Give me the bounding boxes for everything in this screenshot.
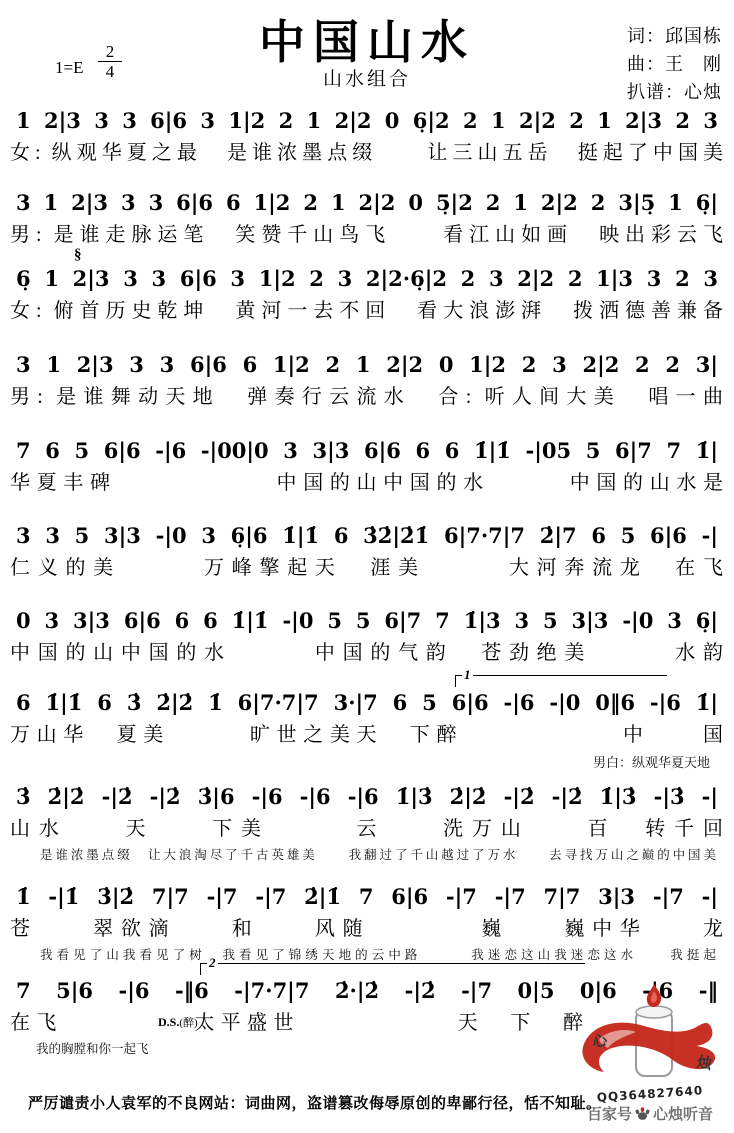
sheet-music-page: 中国山水 山水组合 词：邱国栋 曲：王 刚 扒谱：心烛 1=E 2 4 1 2|… (0, 0, 734, 1133)
music-system-1: 1 2|3 3 3 6|6 3 1|2 2 1 2|2 0 6̣|2 2 1 2… (0, 104, 734, 169)
disclaimer-text: 严厉谴责小人袁军的不良网站：词曲网，盗谱篡改侮辱原创的卑鄙行径，恬不知耻。 (28, 1092, 602, 1113)
volta-2-bracket: 2 (200, 963, 585, 975)
spoken-text-line: 是谁浓墨点缀 让大浪淘尽了千古英雄美 我翻过了千山越过了万水 去寻找万山之巅的中… (0, 845, 734, 865)
lyrics-line: 中国的山中国的水 中国的气韵 苍劲绝美 水韵 (0, 638, 734, 669)
music-system-8: 1 6 1̇|1̇ 6 3̇ 2̇|2̇ 1̇ 6|7·7|7 3·|7 6 5… (0, 686, 734, 751)
ds-text: D.S. (158, 1015, 179, 1029)
lyrics-line: 万山华 夏美 旷世之美天 下醉 中 国 (0, 720, 734, 751)
time-signature-numerator: 2 (98, 42, 122, 62)
volta-1-label: 1 (462, 667, 473, 683)
credit-lyricist: 词：邱国栋 (627, 22, 722, 50)
spoken-cue-label: 男白：纵观华夏天地 (593, 752, 710, 771)
notation-line: 3 1 2|3 3 3 6|6 6 1|2 2 1 2|2 0 5̣|2 2 1… (0, 186, 734, 220)
candle-logo: 心 烛 (570, 982, 730, 1087)
notation-line: 3̇ 2̇|2̇ -|2̇ -|2̇ 3̇|6 -|6 -|6 -|6 1̇|3… (0, 780, 734, 814)
lyrics-line: 女: 纵观华夏之最 是谁浓墨点缀 让三山五岳 挺起了中国美 (0, 138, 734, 169)
notation-line: 7 6 5 6|6 -|6 -|00|0 3 3|3 6|6 6 6 1̇|1̇… (0, 434, 734, 468)
lyrics-line: 男: 是谁舞动天地 弹奏行云流水 合: 听人间大美 唱一曲 (0, 382, 734, 413)
lyrics-line: 华夏丰碑 中国的山中国的水 中国的山水是 (0, 468, 734, 499)
lyrics-line: 仁义的美 万峰擎起天 涯美 大河奔流龙 在飞 (0, 553, 734, 584)
key-signature: 1=E (55, 58, 83, 78)
lyrics-line: 苍 翠欲滴 和 风随 巍 巍中华 龙 (0, 914, 734, 945)
notation-line: 0 3 3|3 6|6 6 6 1̇|1̇ -|0 5 5 6|7 7 1̇|3… (0, 604, 734, 638)
notation-line: 1 2|3 3 3 6|6 3 1|2 2 1 2|2 0 6̣|2 2 1 2… (0, 104, 734, 138)
music-system-6: 3 3 5 3|3 -|0 3 6̣|6 1̇|1̇ 6 3̇2̇|2̇1̇ 6… (0, 519, 734, 584)
time-signature: 2 4 (98, 42, 122, 81)
lyrics-line: 山水 天 下美 云 洗万山 百 转千回 (0, 814, 734, 845)
notation-line: 6 1̇|1̇ 6 3̇ 2̇|2̇ 1̇ 6|7·7|7 3·|7 6 5 6… (0, 686, 734, 720)
volta-1-bracket: 1 (455, 675, 667, 687)
channel-name: 心烛听音 (653, 1103, 713, 1124)
notation-line: 1̇ -|1̇ 3̇|2̇ 7|7 -|7 -|7 2̇|1̇ 7 6|6 -|… (0, 880, 734, 914)
credit-transcriber: 扒谱：心烛 (627, 78, 722, 106)
notation-line: 3 3 5 3|3 -|0 3 6̣|6 1̇|1̇ 6 3̇2̇|2̇1̇ 6… (0, 519, 734, 553)
music-system-4: 3 1 2|3 3 3 6|6 6 1|2 2 1 2|2 0 1|2 2 3 … (0, 348, 734, 413)
time-signature-denominator: 4 (98, 62, 122, 81)
music-system-9: 3̇ 2̇|2̇ -|2̇ -|2̇ 3̇|6 -|6 -|6 -|6 1̇|3… (0, 780, 734, 865)
volta-2-label: 2 (207, 955, 218, 971)
dal-segno-marking: D.S.(醉) (158, 1014, 198, 1030)
paw-icon (634, 1105, 651, 1122)
credits-block: 词：邱国栋 曲：王 刚 扒谱：心烛 (627, 22, 722, 106)
music-system-5: 7 6 5 6|6 -|6 -|00|0 3 3|3 6|6 6 6 1̇|1̇… (0, 434, 734, 499)
notation-line: 6̣ 1 2|3 3 3 6|6 3 1|2 2 3 2|2·6̣|2 2 3 … (0, 262, 734, 296)
music-system-10: 1̇ -|1̇ 3̇|2̇ 7|7 -|7 -|7 2̇|1̇ 7 6|6 -|… (0, 880, 734, 965)
credit-composer: 曲：王 刚 (627, 50, 722, 78)
spoken-text-line: 我看见了山我看见了树 我看见了锦绣天地的云中路 我迷恋这山我迷恋这水 我挺起 (0, 945, 734, 965)
notation-line: 3 1 2|3 3 3 6|6 6 1|2 2 1 2|2 0 1|2 2 3 … (0, 348, 734, 382)
segno-icon: § (74, 247, 82, 264)
music-system-2: 3 1 2|3 3 3 6|6 6 1|2 2 1 2|2 0 5̣|2 2 1… (0, 186, 734, 251)
music-system-3: § 6̣ 1 2|3 3 3 6|6 3 1|2 2 3 2|2·6̣|2 2 … (0, 262, 734, 327)
lyrics-line: 男: 是谁走脉运笔 笑赞千山鸟飞 看江山如画 映出彩云飞 (0, 220, 734, 251)
music-system-7: 0 3 3|3 6|6 6 6 1̇|1̇ -|0 5 5 6|7 7 1̇|3… (0, 604, 734, 669)
ds-note: (醉) (179, 1017, 197, 1029)
lyrics-line: 女: 俯首历史乾坤 黄河一去不回 看大浪澎湃 拨洒德善兼备 (0, 296, 734, 327)
